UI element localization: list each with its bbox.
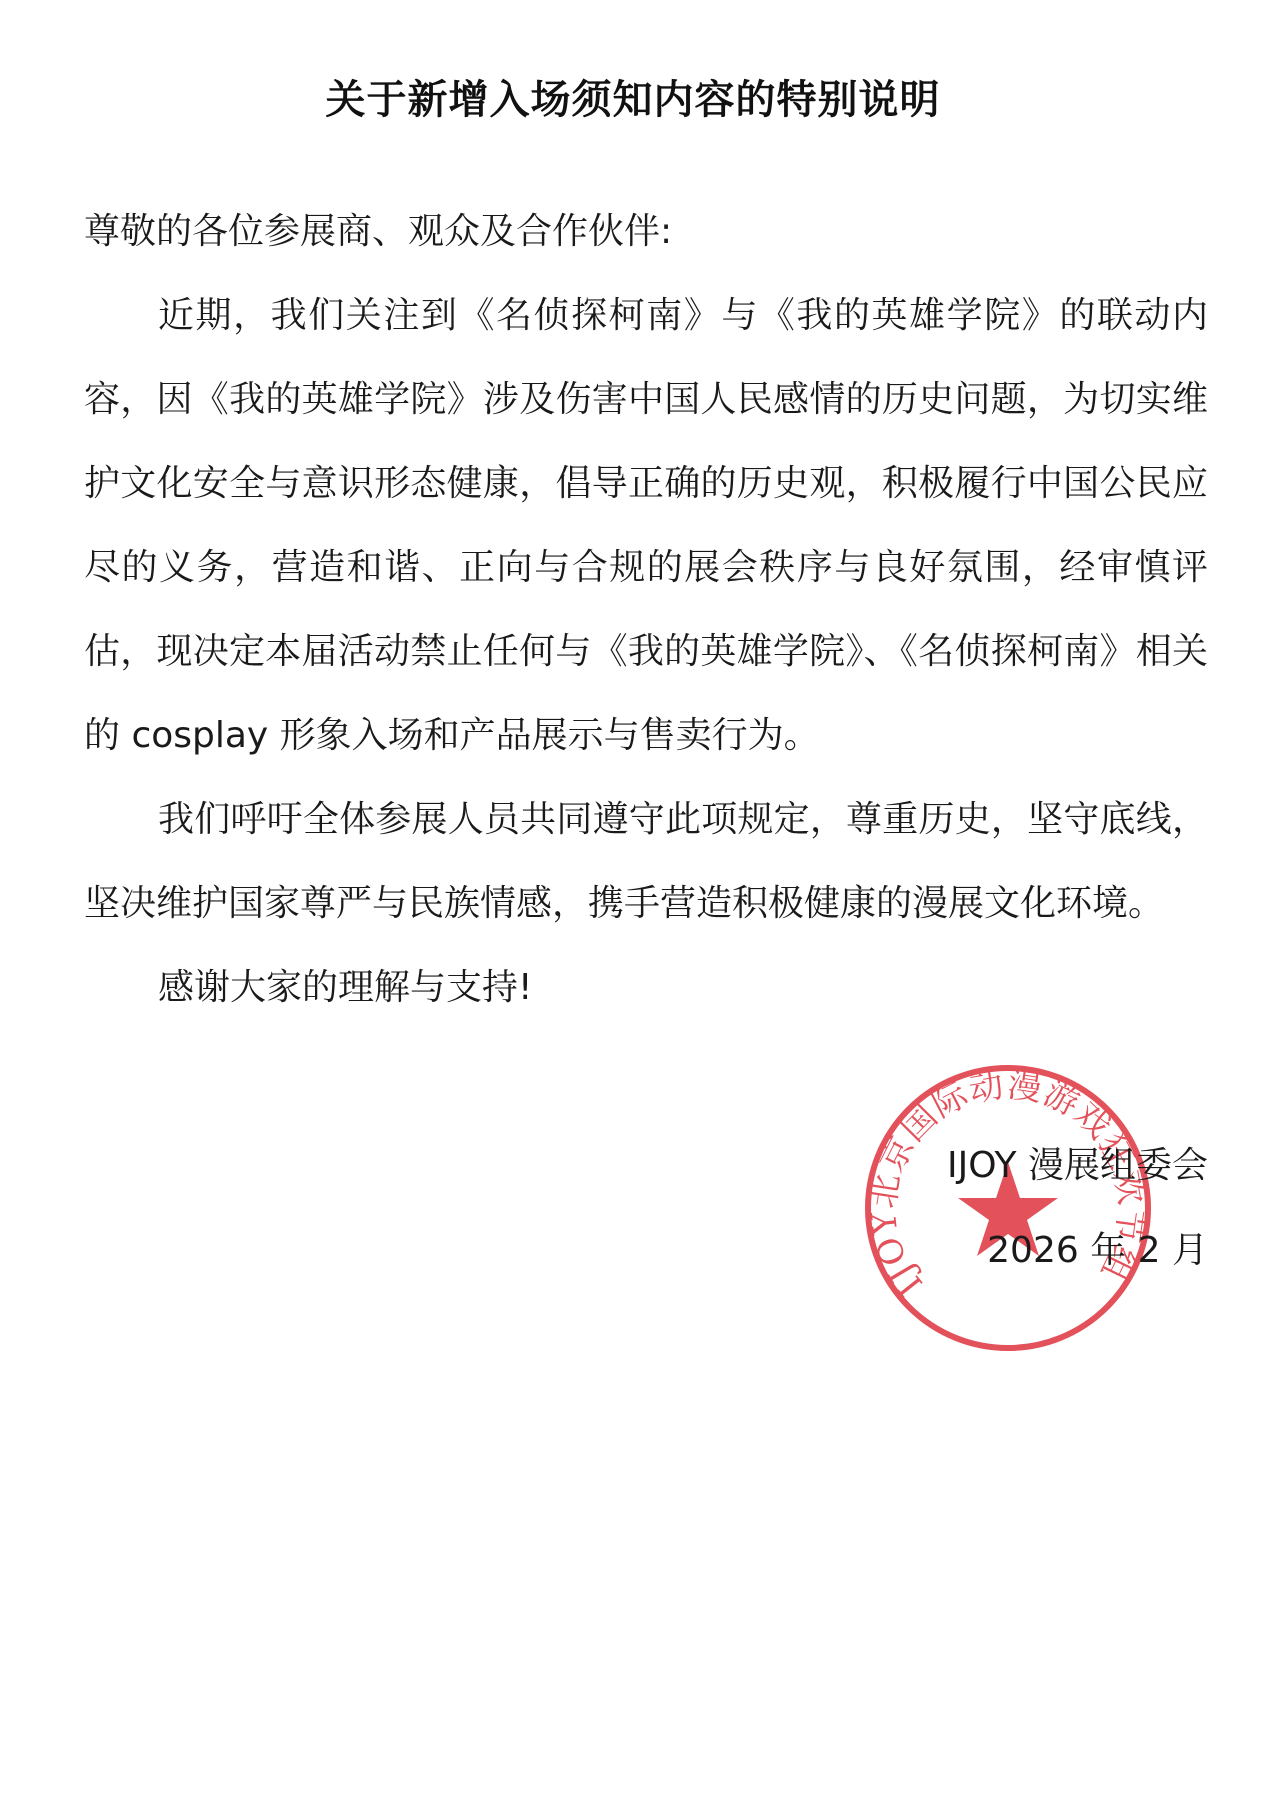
paragraph-thanks: 感谢大家的理解与支持! [84, 946, 1208, 1030]
document-page: 关于新增入场须知内容的特别说明 尊敬的各位参展商、观众及合作伙伴: 近期，我们关… [0, 0, 1266, 1793]
salutation: 尊敬的各位参展商、观众及合作伙伴: [84, 190, 1208, 274]
document-body: 尊敬的各位参展商、观众及合作伙伴: 近期，我们关注到《名侦探柯南》与《我的英雄学… [84, 190, 1208, 1030]
paragraph-appeal: 我们呼吁全体参展人员共同遵守此项规定，尊重历史，坚守底线，坚决维护国家尊严与民族… [84, 778, 1208, 946]
document-title: 关于新增入场须知内容的特别说明 [0, 72, 1266, 128]
official-stamp: IJOY北京国际动漫游戏狂欢节组委会 [862, 1062, 1154, 1354]
signature-organization: IJOY 漫展组委会 [947, 1137, 1208, 1188]
signature-date: 2026 年 2 月 [987, 1222, 1208, 1273]
paragraph-announcement: 近期，我们关注到《名侦探柯南》与《我的英雄学院》的联动内容，因《我的英雄学院》涉… [84, 274, 1208, 778]
